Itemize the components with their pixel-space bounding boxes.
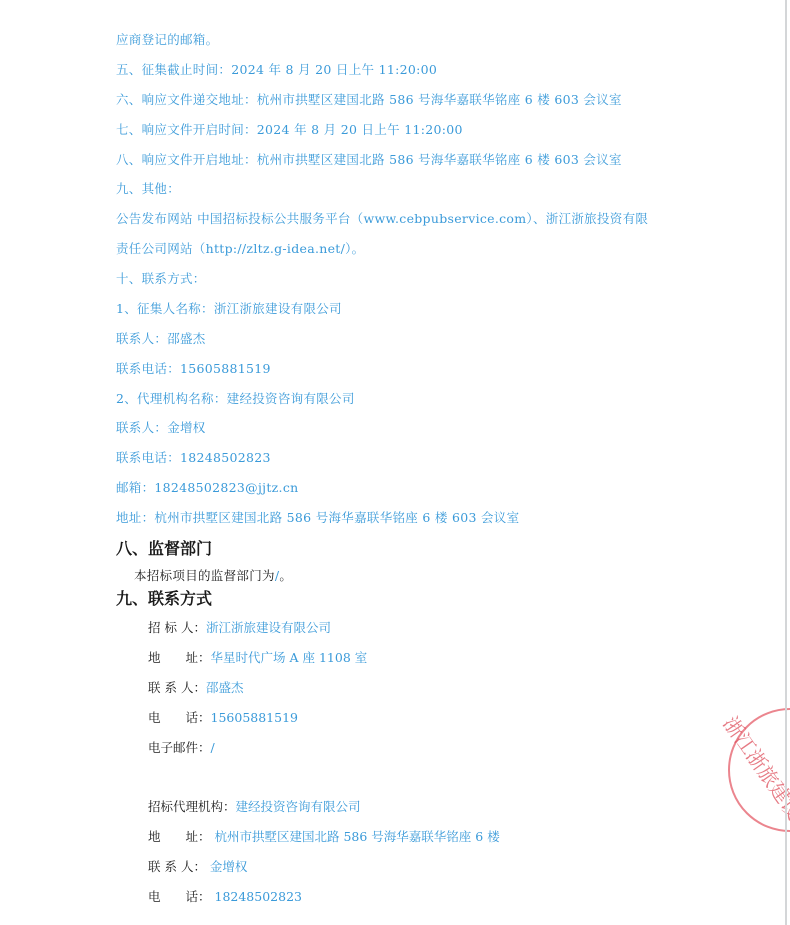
notice-line-agency: 2、代理机构名称：建经投资咨询有限公司	[116, 389, 355, 407]
notice-line-phone: 联系电话：15605881519	[116, 359, 271, 377]
notice-line-open-time: 七、响应文件开启时间：2024 年 8 月 20 日上午 11:20:00	[116, 120, 463, 138]
field-label: 招 标 人：	[148, 618, 206, 636]
notice-line-website: 公告发布网站 中国招标投标公共服务平台（www.cebpubservice.co…	[116, 209, 648, 227]
field-label: 电 话：	[148, 887, 211, 905]
tenderer-email-row: 电子邮件：/	[148, 738, 215, 756]
notice-line-submit-address: 六、响应文件递交地址：杭州市拱墅区建国北路 586 号海华嘉联华铭座 6 楼 6…	[116, 90, 622, 108]
notice-line-contact-person: 联系人：邵盛杰	[116, 329, 206, 347]
field-value: 浙江浙旅建设有限公司	[206, 620, 331, 635]
tenderer-contact-row: 联 系 人：邵盛杰	[148, 678, 243, 696]
supervision-text: 本招标项目的监督部门为	[134, 568, 275, 583]
tenderer-address-row: 地 址：华星时代广场 A 座 1108 室	[148, 648, 367, 666]
section-heading-contact: 九、联系方式	[116, 586, 212, 609]
field-label: 联 系 人：	[148, 857, 206, 875]
notice-line-deadline: 五、征集截止时间：2024 年 8 月 20 日上午 11:20:00	[116, 60, 437, 78]
field-value: 15605881519	[211, 710, 298, 725]
agency-name-row: 招标代理机构：建经投资咨询有限公司	[148, 797, 361, 815]
field-value: 18248502823	[211, 889, 302, 904]
notice-line-address: 地址：杭州市拱墅区建国北路 586 号海华嘉联华铭座 6 楼 603 会议室	[116, 508, 519, 526]
agency-phone-row: 电 话： 18248502823	[148, 887, 302, 905]
notice-line-contact-heading: 十、联系方式：	[116, 269, 206, 287]
notice-line-agency-phone: 联系电话：18248502823	[116, 448, 271, 466]
supervision-suffix: 。	[279, 568, 292, 583]
notice-line-email: 邮箱：18248502823@jjtz.cn	[116, 478, 298, 496]
notice-line-open-address: 八、响应文件开启地址：杭州市拱墅区建国北路 586 号海华嘉联华铭座 6 楼 6…	[116, 150, 622, 168]
field-label: 电子邮件：	[148, 738, 211, 756]
supervision-body: 本招标项目的监督部门为/。	[134, 566, 292, 584]
field-value: 金增权	[206, 859, 247, 874]
document-page: 应商登记的邮箱。 五、征集截止时间：2024 年 8 月 20 日上午 11:2…	[0, 0, 790, 925]
notice-line: 应商登记的邮箱。	[116, 30, 218, 48]
field-label: 地 址：	[148, 648, 211, 666]
field-value: 建经投资咨询有限公司	[236, 799, 361, 814]
field-value: 邵盛杰	[206, 680, 244, 695]
agency-contact-row: 联 系 人： 金增权	[148, 857, 247, 875]
field-value: /	[211, 740, 215, 755]
field-label: 电 话：	[148, 708, 211, 726]
page-edge-divider	[785, 0, 787, 925]
field-value: 华星时代广场 A 座 1108 室	[211, 650, 368, 665]
tenderer-name-row: 招 标 人：浙江浙旅建设有限公司	[148, 618, 331, 636]
agency-address-row: 地 址： 杭州市拱墅区建国北路 586 号海华嘉联华铭座 6 楼	[148, 827, 500, 845]
section-heading-supervision: 八、监督部门	[116, 536, 212, 559]
tenderer-phone-row: 电 话：15605881519	[148, 708, 298, 726]
field-label: 联 系 人：	[148, 678, 206, 696]
notice-line-website-cont: 责任公司网站（http://zltz.g-idea.net/）。	[116, 239, 364, 257]
notice-line-agency-person: 联系人：金增权	[116, 418, 206, 436]
notice-line-other: 九、其他：	[116, 179, 180, 197]
field-label: 地 址：	[148, 827, 211, 845]
field-label: 招标代理机构：	[148, 797, 236, 815]
field-value: 杭州市拱墅区建国北路 586 号海华嘉联华铭座 6 楼	[211, 829, 500, 844]
notice-line-collector: 1、征集人名称：浙江浙旅建设有限公司	[116, 299, 342, 317]
